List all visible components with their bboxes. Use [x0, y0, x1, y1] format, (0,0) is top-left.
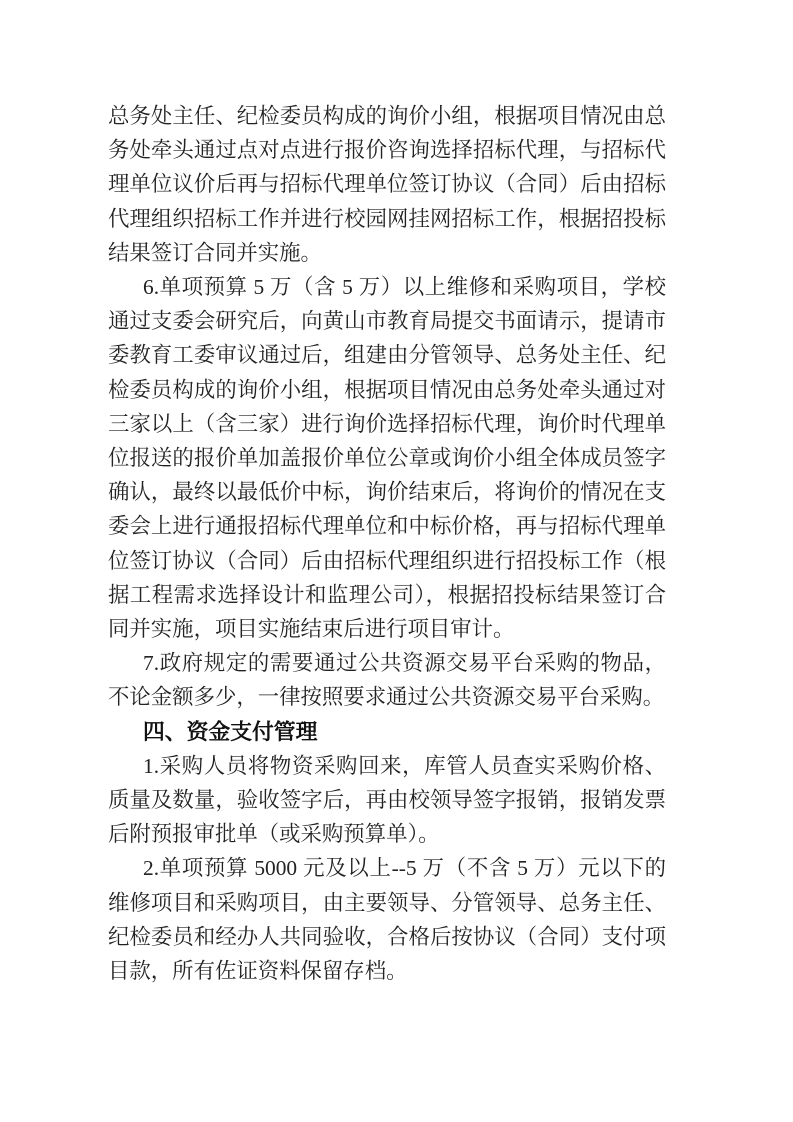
paragraph-continued: 总务处主任、纪检委员构成的询价小组，根据项目情况由总务处牵头通过点对点进行报价咨… — [108, 99, 666, 270]
paragraph-item-6: 6.单项预算 5 万（含 5 万）以上维修和采购项目，学校通过支委会研究后，向黄… — [108, 270, 666, 646]
document-page: 总务处主任、纪检委员构成的询价小组，根据项目情况由总务处牵头通过点对点进行报价咨… — [0, 0, 793, 1122]
document-text-block: 总务处主任、纪检委员构成的询价小组，根据项目情况由总务处牵头通过点对点进行报价咨… — [108, 99, 666, 988]
paragraph-item-2: 2.单项预算 5000 元及以上--5 万（不含 5 万）元以下的维修项目和采购… — [108, 851, 666, 988]
paragraph-item-1: 1.采购人员将物资采购回来，库管人员查实采购价格、质量及数量，验收签字后，再由校… — [108, 749, 666, 852]
section-heading-funds-payment: 四、资金支付管理 — [108, 715, 666, 749]
paragraph-item-7: 7.政府规定的需要通过公共资源交易平台采购的物品，不论金额多少，一律按照要求通过… — [108, 646, 666, 714]
